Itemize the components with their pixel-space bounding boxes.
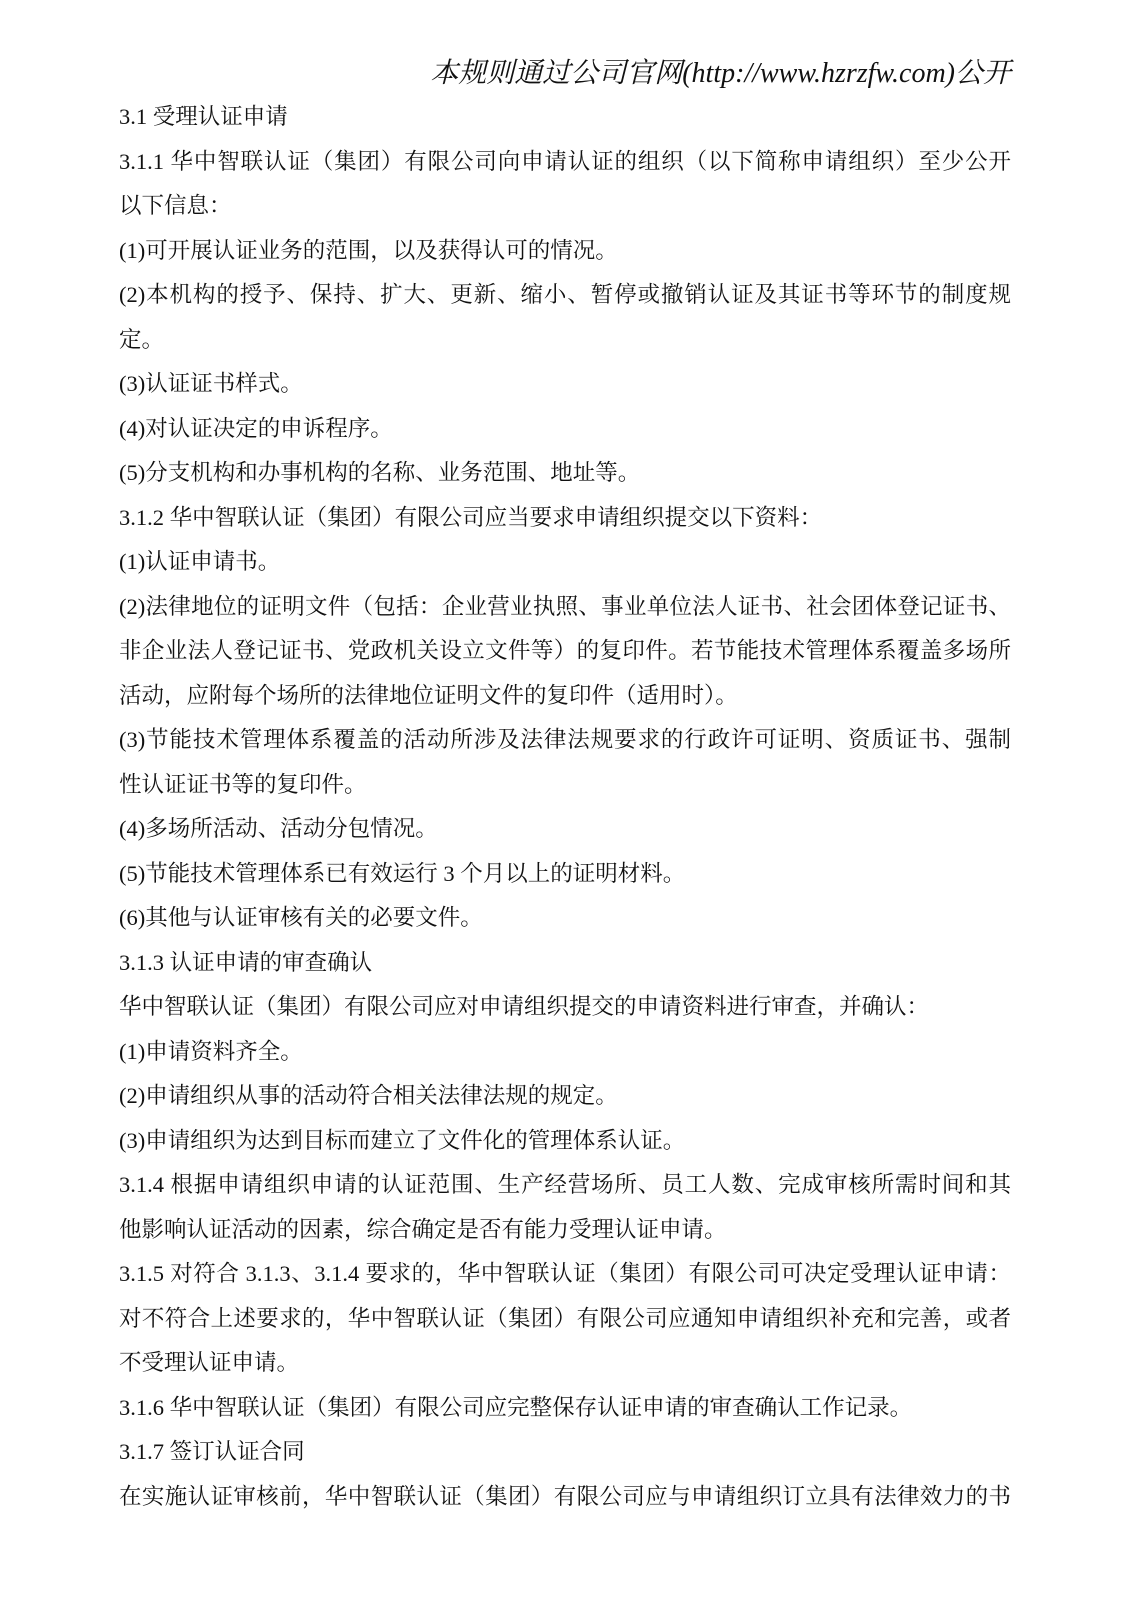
list-item-line: (4)多场所活动、活动分包情况。 (119, 807, 1011, 852)
list-item-line: (1)可开展认证业务的范围，以及获得认可的情况。 (119, 229, 1011, 274)
list-item-line: (2)本机构的授予、保持、扩大、更新、缩小、暂停或撤销认证及其证书等环节的制度规 (119, 273, 1011, 318)
list-item-line: 活动，应附每个场所的法律地位证明文件的复印件（适用时）。 (119, 674, 1011, 719)
list-item-line: (4)对认证决定的申诉程序。 (119, 407, 1011, 452)
list-item-line: (3)认证证书样式。 (119, 362, 1011, 407)
clause-3-1-2-line: 3.1.2 华中智联认证（集团）有限公司应当要求申请组织提交以下资料： (119, 496, 1011, 541)
document-body: 3.1 受理认证申请 3.1.1 华中智联认证（集团）有限公司向申请认证的组织（… (119, 95, 1011, 1519)
page-header-note: 本规则通过公司官网(http://www.hzrzfw.com)公开 (430, 54, 1011, 94)
list-item-line: (5)分支机构和办事机构的名称、业务范围、地址等。 (119, 451, 1011, 496)
clause-3-1-3-line: 华中智联认证（集团）有限公司应对申请组织提交的申请资料进行审查，并确认： (119, 985, 1011, 1030)
list-item-line: (3)节能技术管理体系覆盖的活动所涉及法律法规要求的行政许可证明、资质证书、强制 (119, 718, 1011, 763)
list-item-line: (2)法律地位的证明文件（包括：企业营业执照、事业单位法人证书、社会团体登记证书… (119, 585, 1011, 630)
clause-3-1-5-line: 3.1.5 对符合 3.1.3、3.1.4 要求的，华中智联认证（集团）有限公司… (119, 1252, 1011, 1297)
clause-3-1-5-line: 不受理认证申请。 (119, 1341, 1011, 1386)
clause-3-1-1-line: 3.1.1 华中智联认证（集团）有限公司向申请认证的组织（以下简称申请组织）至少… (119, 140, 1011, 185)
list-item-line: (2)申请组织从事的活动符合相关法律法规的规定。 (119, 1074, 1011, 1119)
clause-3-1-7-line: 在实施认证审核前，华中智联认证（集团）有限公司应与申请组织订立具有法律效力的书 (119, 1475, 1011, 1520)
clause-3-1-6-line: 3.1.6 华中智联认证（集团）有限公司应完整保存认证申请的审查确认工作记录。 (119, 1386, 1011, 1431)
list-item-line: (6)其他与认证审核有关的必要文件。 (119, 896, 1011, 941)
list-item-line: 非企业法人登记证书、党政机关设立文件等）的复印件。若节能技术管理体系覆盖多场所 (119, 629, 1011, 674)
clause-3-1-1-line: 以下信息： (119, 184, 1011, 229)
section-heading-3-1: 3.1 受理认证申请 (119, 95, 1011, 140)
clause-3-1-4-line: 他影响认证活动的因素，综合确定是否有能力受理认证申请。 (119, 1208, 1011, 1253)
list-item-line: (1)申请资料齐全。 (119, 1030, 1011, 1075)
document-page: 本规则通过公司官网(http://www.hzrzfw.com)公开 3.1 受… (0, 0, 1131, 1600)
list-item-line: (1)认证申请书。 (119, 540, 1011, 585)
clause-3-1-7-heading: 3.1.7 签订认证合同 (119, 1430, 1011, 1475)
clause-3-1-4-line: 3.1.4 根据申请组织申请的认证范围、生产经营场所、员工人数、完成审核所需时间… (119, 1163, 1011, 1208)
clause-3-1-5-line: 对不符合上述要求的，华中智联认证（集团）有限公司应通知申请组织补充和完善，或者 (119, 1297, 1011, 1342)
clause-3-1-3-heading: 3.1.3 认证申请的审查确认 (119, 941, 1011, 986)
list-item-line: (3)申请组织为达到目标而建立了文件化的管理体系认证。 (119, 1119, 1011, 1164)
list-item-line: 定。 (119, 318, 1011, 363)
list-item-line: 性认证证书等的复印件。 (119, 763, 1011, 808)
list-item-line: (5)节能技术管理体系已有效运行 3 个月以上的证明材料。 (119, 852, 1011, 897)
